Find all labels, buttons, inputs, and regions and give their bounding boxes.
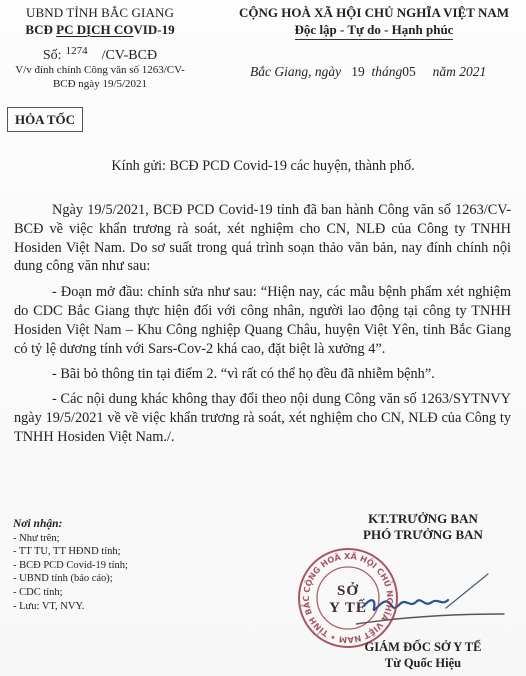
recipient-item: - Lưu: VT, NVY. [13, 600, 213, 614]
signer-name: Từ Quốc Hiệu [320, 655, 526, 671]
document-subject: V/v đính chính Công văn số 1263/CV- BCĐ … [0, 63, 200, 91]
date-day: 19 [351, 64, 365, 79]
body-paragraph: - Bãi bỏ thông tin tại điểm 2. “vì rất c… [14, 365, 511, 384]
recipients-title: Nơi nhận: [13, 518, 213, 532]
signer-authority: KT.TRƯỞNG BAN [320, 511, 526, 527]
body-paragraph: - Đoạn mở đầu: chỉnh sửa như sau: “Hiện … [14, 283, 511, 358]
document-number: Số:1274/CV-BCĐ [0, 45, 200, 64]
date-line: Bắc Giang, ngày 19 tháng05 năm 2021 [250, 64, 526, 80]
recipient-item: - TT TU, TT HĐND tỉnh; [13, 545, 213, 559]
signer-position: GIÁM ĐỐC SỞ Y TẾ [320, 639, 526, 655]
date-month: 05 [402, 64, 416, 79]
signer-title: PHÓ TRƯỞNG BAN [320, 527, 526, 543]
document-page: UBND TỈNH BẮC GIANG BCĐ PC DỊCH COVID-19… [0, 0, 526, 676]
recipients-list: Nơi nhận: - Như trên; - TT TU, TT HĐND t… [13, 518, 213, 613]
organization-name: UBND TỈNH BẮC GIANG [0, 4, 200, 21]
body-paragraph: - Các nội dung khác không thay đổi theo … [14, 390, 511, 446]
seal-center-text: SỞ Y TẾ [297, 547, 399, 649]
national-header: CỘNG HOÀ XÃ HỘI CHỦ NGHĨA VIỆT NAM Độc l… [222, 4, 526, 40]
issuing-authority: UBND TỈNH BẮC GIANG BCĐ PC DỊCH COVID-19 [0, 4, 200, 38]
body-paragraph: Ngày 19/5/2021, BCĐ PCD Covid-19 tỉnh đã… [14, 201, 511, 276]
signer-block: GIÁM ĐỐC SỞ Y TẾ Từ Quốc Hiệu [320, 639, 526, 671]
recipient-item: - BCĐ PCD Covid-19 tỉnh; [13, 559, 213, 573]
committee-name: BCĐ PC DỊCH COVID-19 [0, 21, 200, 38]
recipient-item: - Như trên; [13, 532, 213, 546]
urgency-badge: HỎA TỐC [7, 107, 83, 132]
national-title: CỘNG HOÀ XÃ HỘI CHỦ NGHĨA VIỆT NAM [222, 4, 526, 21]
document-body: Ngày 19/5/2021, BCĐ PCD Covid-19 tỉnh đã… [14, 201, 511, 454]
national-motto: Độc lập - Tự do - Hạnh phúc [295, 21, 454, 40]
recipient-item: - UBND tỉnh (báo cáo); [13, 572, 213, 586]
greeting: Kính gửi: BCĐ PCD Covid-19 các huyện, th… [0, 158, 526, 175]
recipient-item: - CDC tỉnh; [13, 586, 213, 600]
signature-header: KT.TRƯỞNG BAN PHÓ TRƯỞNG BAN [320, 511, 526, 543]
official-seal: CỘNG HOÀ XÃ HỘI CHỦ NGHĨA VIỆT NAM • TỈN… [297, 547, 399, 649]
document-number-value: 1274 [66, 45, 88, 57]
